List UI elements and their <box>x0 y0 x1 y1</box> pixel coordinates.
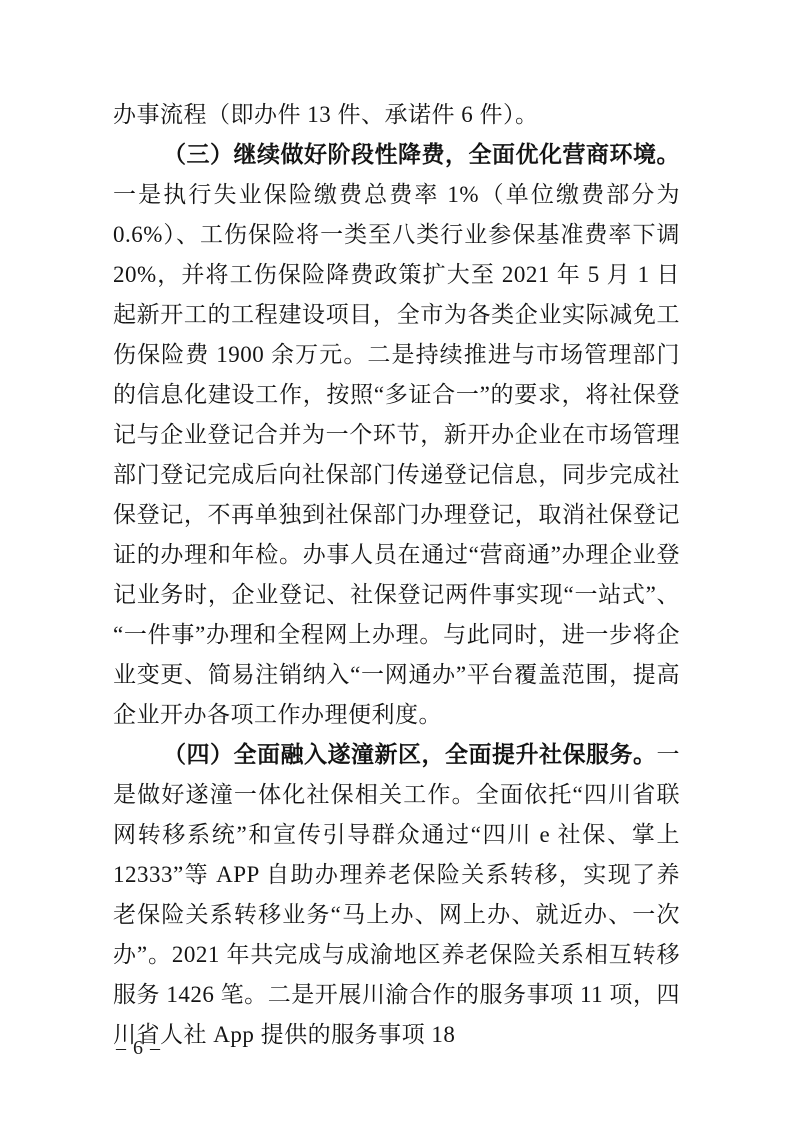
page-number: – 6 – <box>116 1036 161 1060</box>
paragraph: （三）继续做好阶段性降费，全面优化营商环境。一是执行失业保险缴费总费率 1%（单… <box>113 135 680 735</box>
document-page: 办事流程（即办件 13 件、承诺件 6 件）。（三）继续做好阶段性降费，全面优化… <box>0 0 794 1122</box>
body-text: 一是做好遂潼一体化社保相关工作。全面依托“四川省联网转移系统”和宣传引导群众通过… <box>113 742 680 1047</box>
section-heading-text: （四）全面融入遂潼新区，全面提升社保服务。 <box>163 742 657 767</box>
paragraph: （四）全面融入遂潼新区，全面提升社保服务。一是做好遂潼一体化社保相关工作。全面依… <box>113 735 680 1055</box>
document-body: 办事流程（即办件 13 件、承诺件 6 件）。（三）继续做好阶段性降费，全面优化… <box>113 95 680 1055</box>
body-text: 一是执行失业保险缴费总费率 1%（单位缴费部分为 0.6%）、工伤保险将一类至八… <box>113 182 680 727</box>
section-heading-text: （三）继续做好阶段性降费，全面优化营商环境。 <box>163 142 680 167</box>
body-text: 办事流程（即办件 13 件、承诺件 6 件）。 <box>113 102 539 127</box>
paragraph: 办事流程（即办件 13 件、承诺件 6 件）。 <box>113 95 680 135</box>
